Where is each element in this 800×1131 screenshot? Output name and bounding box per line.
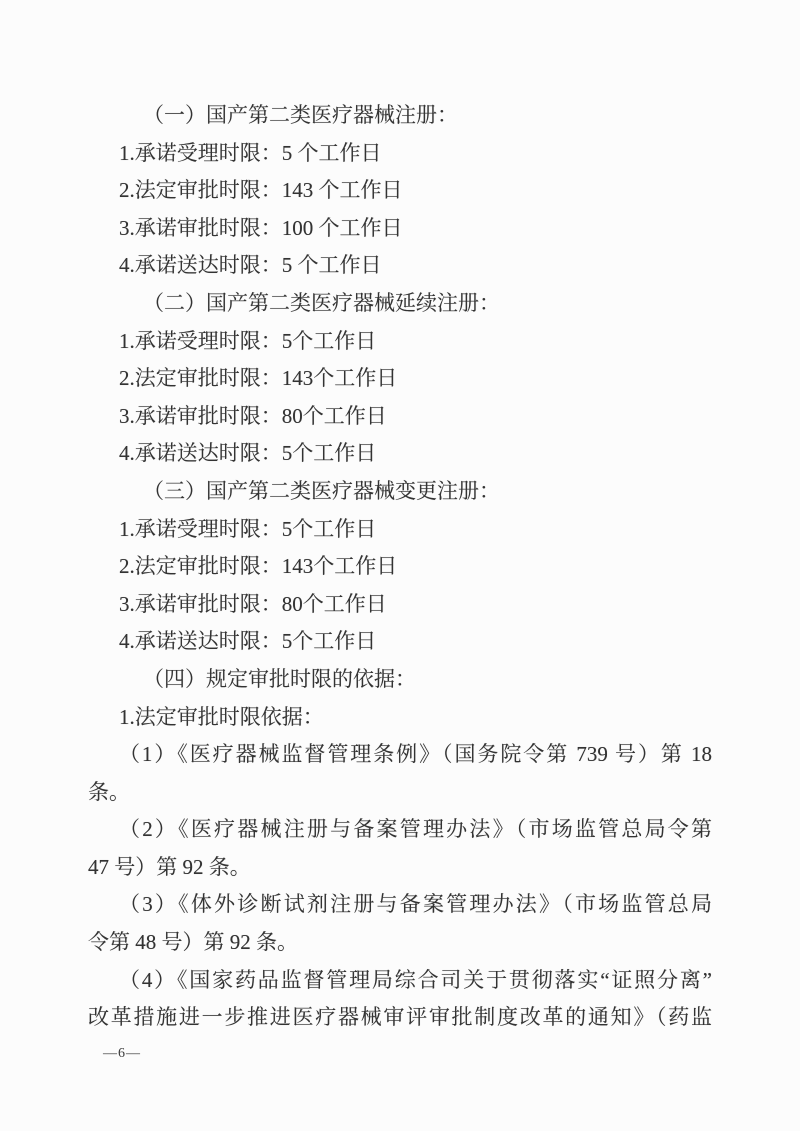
section-2-item-3: 3.承诺审批时限：80个工作日 — [88, 398, 712, 436]
reference-2-line-1: （2）《医疗器械注册与备案管理办法》（市场监管总局令第 — [88, 811, 712, 849]
reference-1-line-2: 条。 — [88, 774, 712, 812]
section-3-item-1: 1.承诺受理时限：5个工作日 — [88, 511, 712, 549]
reference-3-line-1: （3）《体外诊断试剂注册与备案管理办法》（市场监管总局 — [88, 886, 712, 924]
document-body: （一）国产第二类医疗器械注册： 1.承诺受理时限：5 个工作日 2.法定审批时限… — [88, 97, 712, 1037]
section-2-item-4: 4.承诺送达时限：5个工作日 — [88, 435, 712, 473]
document-page: （一）国产第二类医疗器械注册： 1.承诺受理时限：5 个工作日 2.法定审批时限… — [0, 0, 800, 1131]
section-3-item-3: 3.承诺审批时限：80个工作日 — [88, 586, 712, 624]
section-3-item-2: 2.法定审批时限：143个工作日 — [88, 548, 712, 586]
section-1-heading: （一）国产第二类医疗器械注册： — [88, 97, 712, 135]
reference-3-line-2: 令第 48 号）第 92 条。 — [88, 924, 712, 962]
section-3-heading: （三）国产第二类医疗器械变更注册： — [88, 473, 712, 511]
reference-4-line-2: 改革措施进一步推进医疗器械审评审批制度改革的通知》（药监 — [88, 999, 712, 1037]
section-1-item-3: 3.承诺审批时限：100 个工作日 — [88, 210, 712, 248]
section-4-item-1: 1.法定审批时限依据： — [88, 699, 712, 737]
section-3-item-4: 4.承诺送达时限：5个工作日 — [88, 623, 712, 661]
section-2-heading: （二）国产第二类医疗器械延续注册： — [88, 285, 712, 323]
section-2-item-1: 1.承诺受理时限：5个工作日 — [88, 323, 712, 361]
reference-4-line-1: （4）《国家药品监督管理局综合司关于贯彻落实“证照分离” — [88, 962, 712, 1000]
page-number: —6— — [103, 1046, 141, 1062]
section-1-item-2: 2.法定审批时限：143 个工作日 — [88, 172, 712, 210]
section-1-item-4: 4.承诺送达时限：5 个工作日 — [88, 247, 712, 285]
section-2-item-2: 2.法定审批时限：143个工作日 — [88, 360, 712, 398]
reference-1-line-1: （1）《医疗器械监督管理条例》（国务院令第 739 号）第 18 — [88, 736, 712, 774]
section-4-heading: （四）规定审批时限的依据： — [88, 661, 712, 699]
reference-2-line-2: 47 号）第 92 条。 — [88, 849, 712, 887]
section-1-item-1: 1.承诺受理时限：5 个工作日 — [88, 135, 712, 173]
